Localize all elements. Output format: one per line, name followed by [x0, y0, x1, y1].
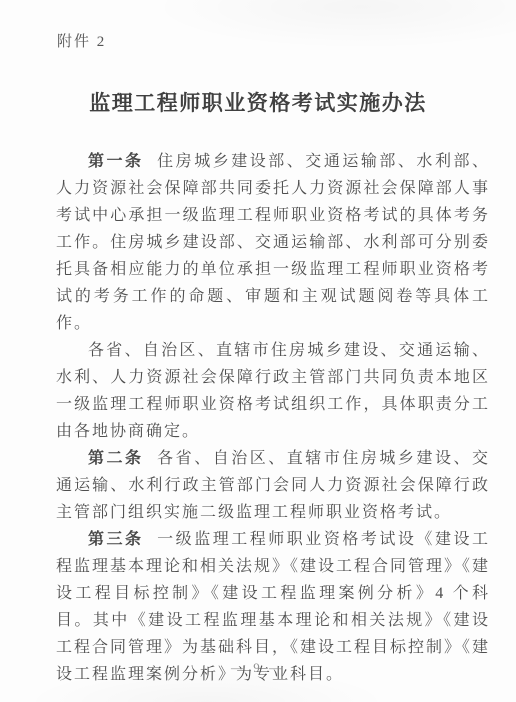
paragraph-article-2: 第二条各省、自治区、直辖市住房城乡建设、交通运输、水利行政主管部门会同人力资源社… — [56, 445, 490, 526]
paragraph-article-1-continued: 各省、自治区、直辖市住房城乡建设、交通运输、水利、人力资源社会保障行政主管部门共… — [56, 337, 490, 445]
document-page: 附件 2 监理工程师职业资格考试实施办法 第一条住房城乡建设部、交通运输部、水利… — [0, 0, 516, 702]
page-number: — 9 — — [0, 660, 516, 676]
article-3-label: 第三条 — [88, 531, 144, 548]
document-body: 第一条住房城乡建设部、交通运输部、水利部、人力资源社会保障部共同委托人力资源社会… — [0, 148, 516, 688]
article-1-continued-text: 各省、自治区、直辖市住房城乡建设、交通运输、水利、人力资源社会保障行政主管部门共… — [56, 342, 490, 440]
article-1-label: 第一条 — [88, 153, 144, 170]
article-1-text: 住房城乡建设部、交通运输部、水利部、人力资源社会保障部共同委托人力资源社会保障部… — [56, 153, 490, 332]
attachment-label: 附件 2 — [57, 30, 516, 51]
article-2-label: 第二条 — [88, 450, 144, 467]
paragraph-article-1: 第一条住房城乡建设部、交通运输部、水利部、人力资源社会保障部共同委托人力资源社会… — [56, 148, 490, 337]
document-title: 监理工程师职业资格考试实施办法 — [0, 87, 516, 117]
